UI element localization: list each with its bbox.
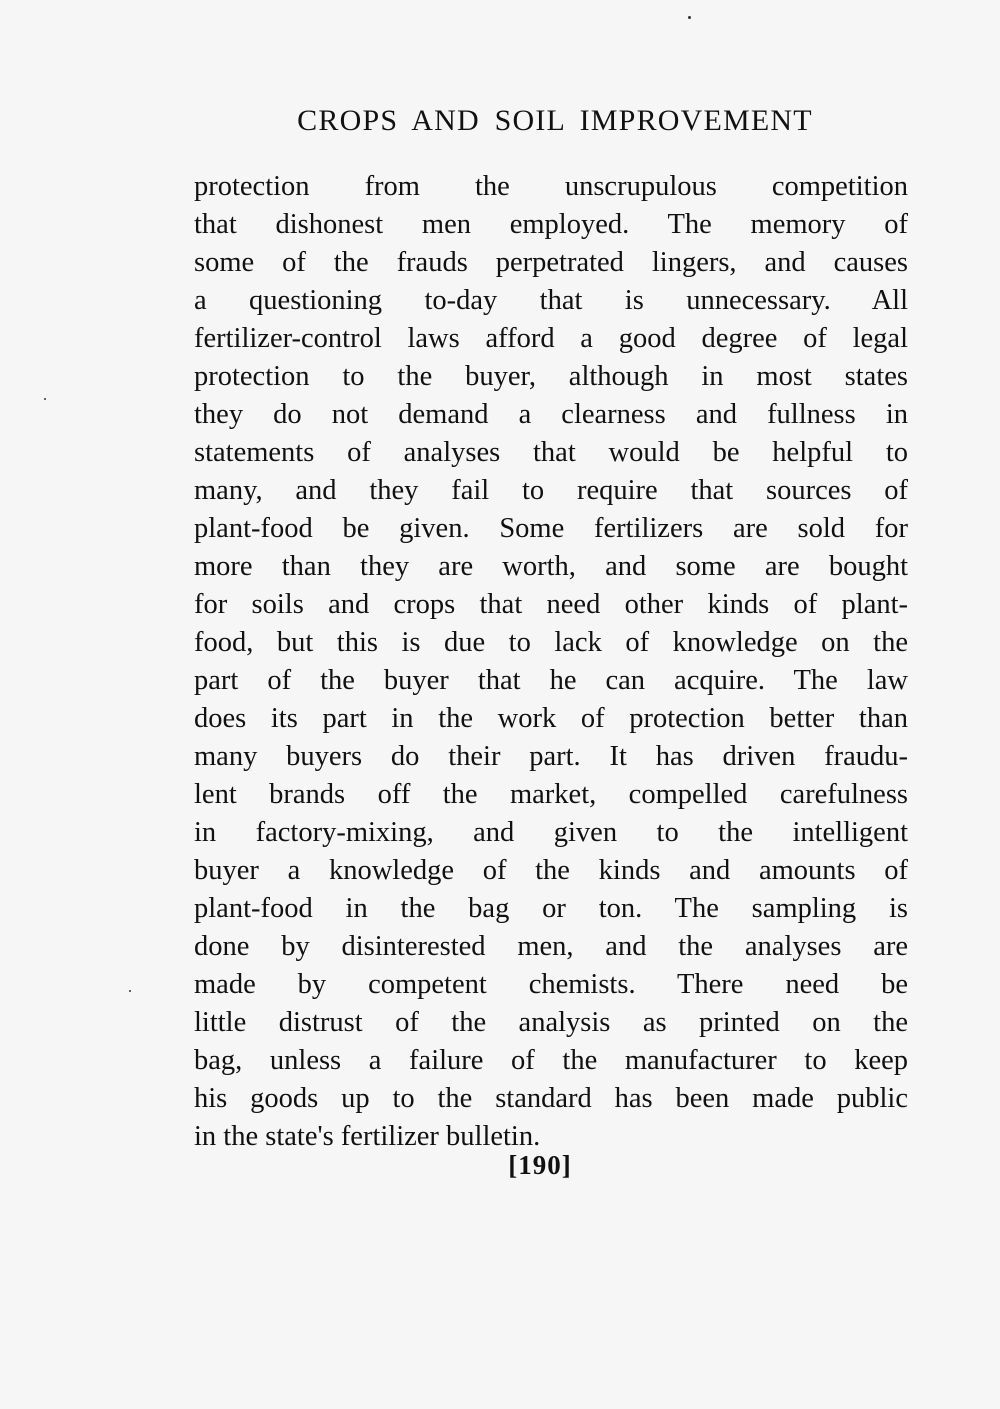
text-line: a questioning to-day that is unnecessary…	[194, 282, 908, 320]
text-line: part of the buyer that he can acquire. T…	[194, 662, 908, 700]
text-line: plant-food be given. Some fertilizers ar…	[194, 510, 908, 548]
book-page: CROPS AND SOIL IMPROVEMENT protection fr…	[0, 0, 1000, 1409]
text-line: bag, unless a failure of the manufacture…	[194, 1042, 908, 1080]
scan-speck	[688, 16, 691, 19]
body-paragraph: protection from the unscrupulous competi…	[194, 168, 908, 1156]
text-line: in factory-mixing, and given to the inte…	[194, 814, 908, 852]
text-line: protection to the buyer, although in mos…	[194, 358, 908, 396]
text-line: for soils and crops that need other kind…	[194, 586, 908, 624]
text-line: food, but this is due to lack of knowled…	[194, 624, 908, 662]
text-line: does its part in the work of protection …	[194, 700, 908, 738]
text-line: made by competent chemists. There need b…	[194, 966, 908, 1004]
text-line: they do not demand a clearness and fulln…	[194, 396, 908, 434]
text-line: buyer a knowledge of the kinds and amoun…	[194, 852, 908, 890]
text-line: little distrust of the analysis as print…	[194, 1004, 908, 1042]
text-line: protection from the unscrupulous competi…	[194, 168, 908, 206]
text-line: many, and they fail to require that sour…	[194, 472, 908, 510]
running-head: CROPS AND SOIL IMPROVEMENT	[0, 104, 1000, 138]
scan-speck	[44, 398, 46, 400]
scan-speck	[129, 990, 131, 992]
text-line: lent brands off the market, compelled ca…	[194, 776, 908, 814]
text-line: more than they are worth, and some are b…	[194, 548, 908, 586]
text-line: many buyers do their part. It has driven…	[194, 738, 908, 776]
text-line: fertilizer-control laws afford a good de…	[194, 320, 908, 358]
text-line: statements of analyses that would be hel…	[194, 434, 908, 472]
text-line: plant-food in the bag or ton. The sampli…	[194, 890, 908, 928]
text-line: done by disinterested men, and the analy…	[194, 928, 908, 966]
text-line: that dishonest men employed. The memory …	[194, 206, 908, 244]
page-number: [190]	[0, 1150, 1000, 1181]
text-line: his goods up to the standard has been ma…	[194, 1080, 908, 1118]
text-line: some of the frauds perpetrated lingers, …	[194, 244, 908, 282]
